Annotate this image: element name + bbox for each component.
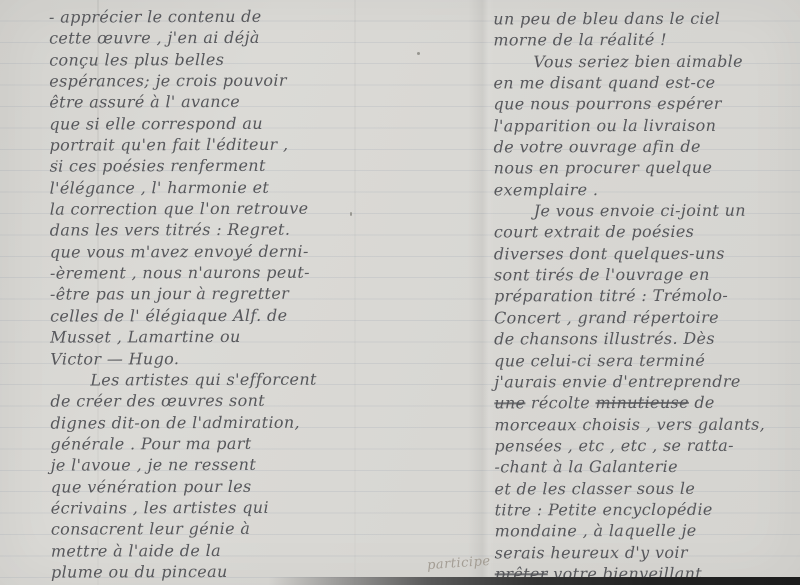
right-page-text: un peu de bleu dans le cielmorne de la r… <box>493 8 800 585</box>
text-line: de chansons illustrés. Dès <box>494 328 800 350</box>
text-line: Victor — Hugo. <box>50 347 390 370</box>
text-line: en me disant quand est-ce <box>493 72 799 94</box>
text-line: un peu de bleu dans le ciel <box>493 8 799 30</box>
text-line: je l'avoue , je ne ressent <box>51 454 391 477</box>
text-line: écrivains , les artistes qui <box>51 496 391 519</box>
text-line: Les artistes qui s'efforcent <box>50 368 390 391</box>
text-line: l'élégance , l' harmonie et <box>50 176 390 199</box>
text-line: dignes dit-on de l'admiration, <box>50 411 390 434</box>
text-line: pensées , etc , etc , se ratta- <box>494 434 800 456</box>
text-line: une récolte minutieuse de <box>494 392 800 414</box>
text-line: Vous seriez bien aimable <box>493 50 799 72</box>
text-line: j'aurais envie d'entreprendre <box>494 370 800 392</box>
text-line: titre : Petite encyclopédie <box>495 499 800 521</box>
text-line: préparation titré : Trémolo- <box>494 285 800 307</box>
left-page-text: - apprécier le contenu decette œuvre , j… <box>49 5 391 582</box>
text-line: générale . Pour ma part <box>50 432 390 455</box>
text-line: court extrait de poésies <box>494 221 800 243</box>
text-line: portrait qu'en fait l'éditeur , <box>49 133 389 156</box>
paper-speck <box>417 52 420 55</box>
struck-word: une <box>494 394 525 413</box>
text-line: mettre à l'aide de la <box>51 539 391 562</box>
text-line: que celui-ci sera terminé <box>494 349 800 371</box>
struck-word: minutieuse <box>595 393 688 412</box>
text-line: et de les classer sous le <box>494 477 800 499</box>
text-segment: de <box>689 393 715 412</box>
text-line: que vénération pour les <box>51 475 391 498</box>
text-line: Musset , Lamartine ou <box>50 326 390 349</box>
text-line: Je vous envoie ci-joint un <box>494 200 800 222</box>
text-line: morne de la réalité ! <box>493 29 799 51</box>
text-line: conçu les plus belles <box>49 48 389 71</box>
text-line: que si elle correspond au <box>49 112 389 135</box>
text-segment: récolte <box>525 393 595 412</box>
text-line: celles de l' élégiaque Alf. de <box>50 304 390 327</box>
text-line: de créer des œuvres sont <box>50 390 390 413</box>
text-line: nous en procurer quelque <box>494 157 800 179</box>
handwritten-letter-scan: - apprécier le contenu decette œuvre , j… <box>0 0 800 585</box>
text-line: consacrent leur génie à <box>51 518 391 541</box>
text-line: que vous m'avez envoyé derni- <box>50 240 390 263</box>
text-line: exemplaire . <box>494 178 800 200</box>
text-line: diverses dont quelques-uns <box>494 242 800 264</box>
text-line: de votre ouvrage afin de <box>494 136 800 158</box>
text-line: morceaux choisis , vers galants, <box>494 413 800 435</box>
text-line: être assuré à l' avance <box>49 91 389 114</box>
scan-edge-strip <box>268 577 800 585</box>
text-line: dans les vers titrés : Regret. <box>50 219 390 242</box>
text-line: -être pas un jour à regretter <box>50 283 390 306</box>
text-line: cette œuvre , j'en ai déjà <box>49 27 389 50</box>
text-line: -chant à la Galanterie <box>494 456 800 478</box>
text-line: si ces poésies renferment <box>50 155 390 178</box>
pencil-annotation: participe <box>427 554 492 573</box>
text-line: que nous pourrons espérer <box>493 93 799 115</box>
text-line: serais heureux d'y voir <box>495 541 800 563</box>
text-line: -èrement , nous n'aurons peut- <box>50 262 390 285</box>
text-line: espérances; je crois pouvoir <box>49 69 389 92</box>
text-line: - apprécier le contenu de <box>49 5 389 28</box>
text-line: l'apparition ou la livraison <box>494 114 800 136</box>
text-line: mondaine , à laquelle je <box>495 520 800 542</box>
page-seam <box>468 0 494 585</box>
text-line: la correction que l'on retrouve <box>50 198 390 221</box>
text-line: sont tirés de l'ouvrage en <box>494 264 800 286</box>
text-line: Concert , grand répertoire <box>494 306 800 328</box>
